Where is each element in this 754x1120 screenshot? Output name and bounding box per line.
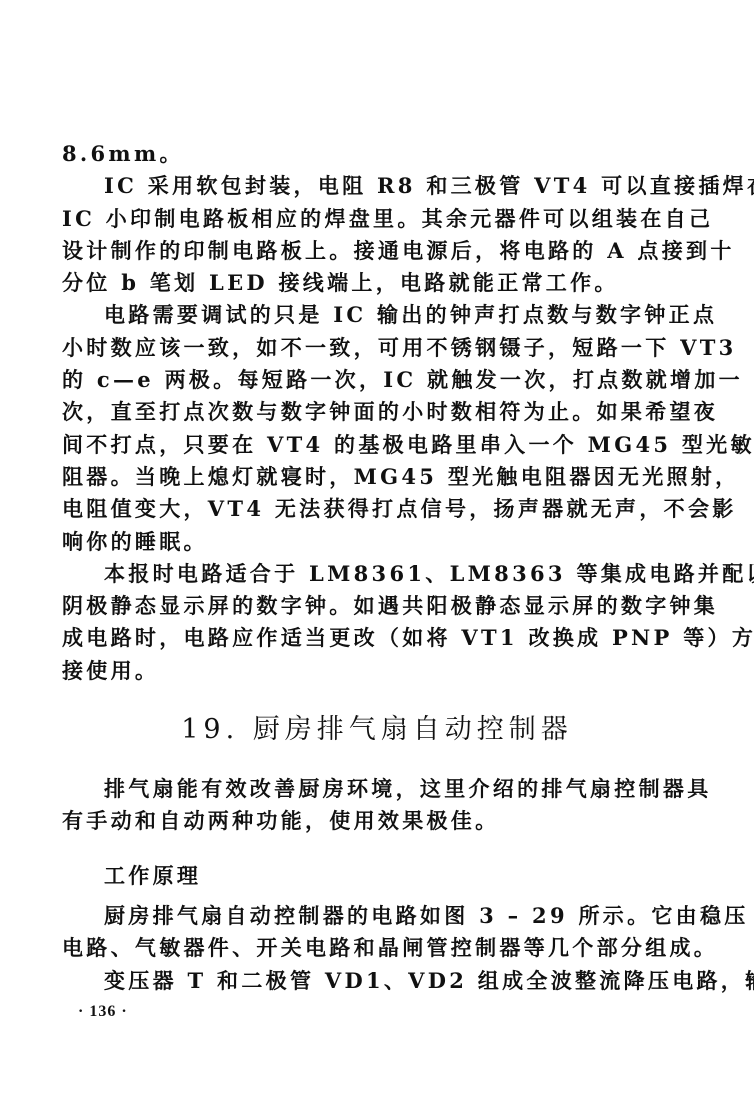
- subheading: 工作原理: [62, 860, 658, 892]
- text-line: 厨房排气扇自动控制器的电路如图 3 – 29 所示。它由稳压: [62, 900, 658, 932]
- text-line: IC 采用软包封装，电阻 R8 和三极管 VT4 可以直接插焊在: [62, 170, 658, 202]
- text-line: 次，直至打点次数与数字钟面的小时数相符为止。如果希望夜: [62, 396, 658, 428]
- text-line: 变压器 T 和二极管 VD1、VD2 组成全波整流降压电路，输出: [62, 965, 658, 997]
- text-line: 电路需要调试的只是 IC 输出的钟声打点数与数字钟正点: [62, 299, 658, 331]
- text-line: 阴极静态显示屏的数字钟。如遇共阳极静态显示屏的数字钟集: [62, 590, 658, 622]
- intro-block: 排气扇能有效改善厨房环境，这里介绍的排气扇控制器具 有手动和自动两种功能，使用效…: [62, 773, 658, 892]
- text-line: 接使用。: [62, 655, 658, 687]
- text-line: IC 小印制电路板相应的焊盘里。其余元器件可以组装在自己: [62, 203, 658, 235]
- text-line: 有手动和自动两种功能，使用效果极佳。: [62, 805, 658, 837]
- text-line: 电路、气敏器件、开关电路和晶闸管控制器等几个部分组成。: [62, 932, 658, 964]
- text-line: 间不打点，只要在 VT4 的基极电路里串入一个 MG45 型光敏电: [62, 429, 658, 461]
- page-number: · 136 ·: [78, 1003, 128, 1021]
- text-line: 小时数应该一致，如不一致，可用不锈钢镊子，短路一下 VT3: [62, 332, 658, 364]
- text-line: 阻器。当晚上熄灯就寝时，MG45 型光触电阻器因无光照射，: [62, 461, 658, 493]
- text-line: 分位 b 笔划 LED 接线端上，电路就能正常工作。: [62, 267, 658, 299]
- text-line: 的 c—e 两极。每短路一次，IC 就触发一次，打点数就增加一: [62, 364, 658, 396]
- text-line: 电阻值变大，VT4 无法获得打点信号，扬声器就无声，不会影: [62, 493, 658, 525]
- text-line: 8.6mm。: [62, 138, 658, 170]
- principle-block: 厨房排气扇自动控制器的电路如图 3 – 29 所示。它由稳压 电路、气敏器件、开…: [62, 900, 658, 997]
- top-text-block: 8.6mm。 IC 采用软包封装，电阻 R8 和三极管 VT4 可以直接插焊在 …: [62, 138, 658, 687]
- text-line: 本报时电路适合于 LM8361、LM8363 等集成电路并配以共: [62, 558, 658, 590]
- text-line: 排气扇能有效改善厨房环境，这里介绍的排气扇控制器具: [62, 773, 658, 805]
- text-line: 设计制作的印制电路板上。接通电源后，将电路的 A 点接到十: [62, 235, 658, 267]
- text-line: 成电路时，电路应作适当更改（如将 VT1 改换成 PNP 等）方可连: [62, 622, 658, 654]
- section-title: 19. 厨房排气扇自动控制器: [0, 707, 754, 746]
- text-line: 响你的睡眠。: [62, 526, 658, 558]
